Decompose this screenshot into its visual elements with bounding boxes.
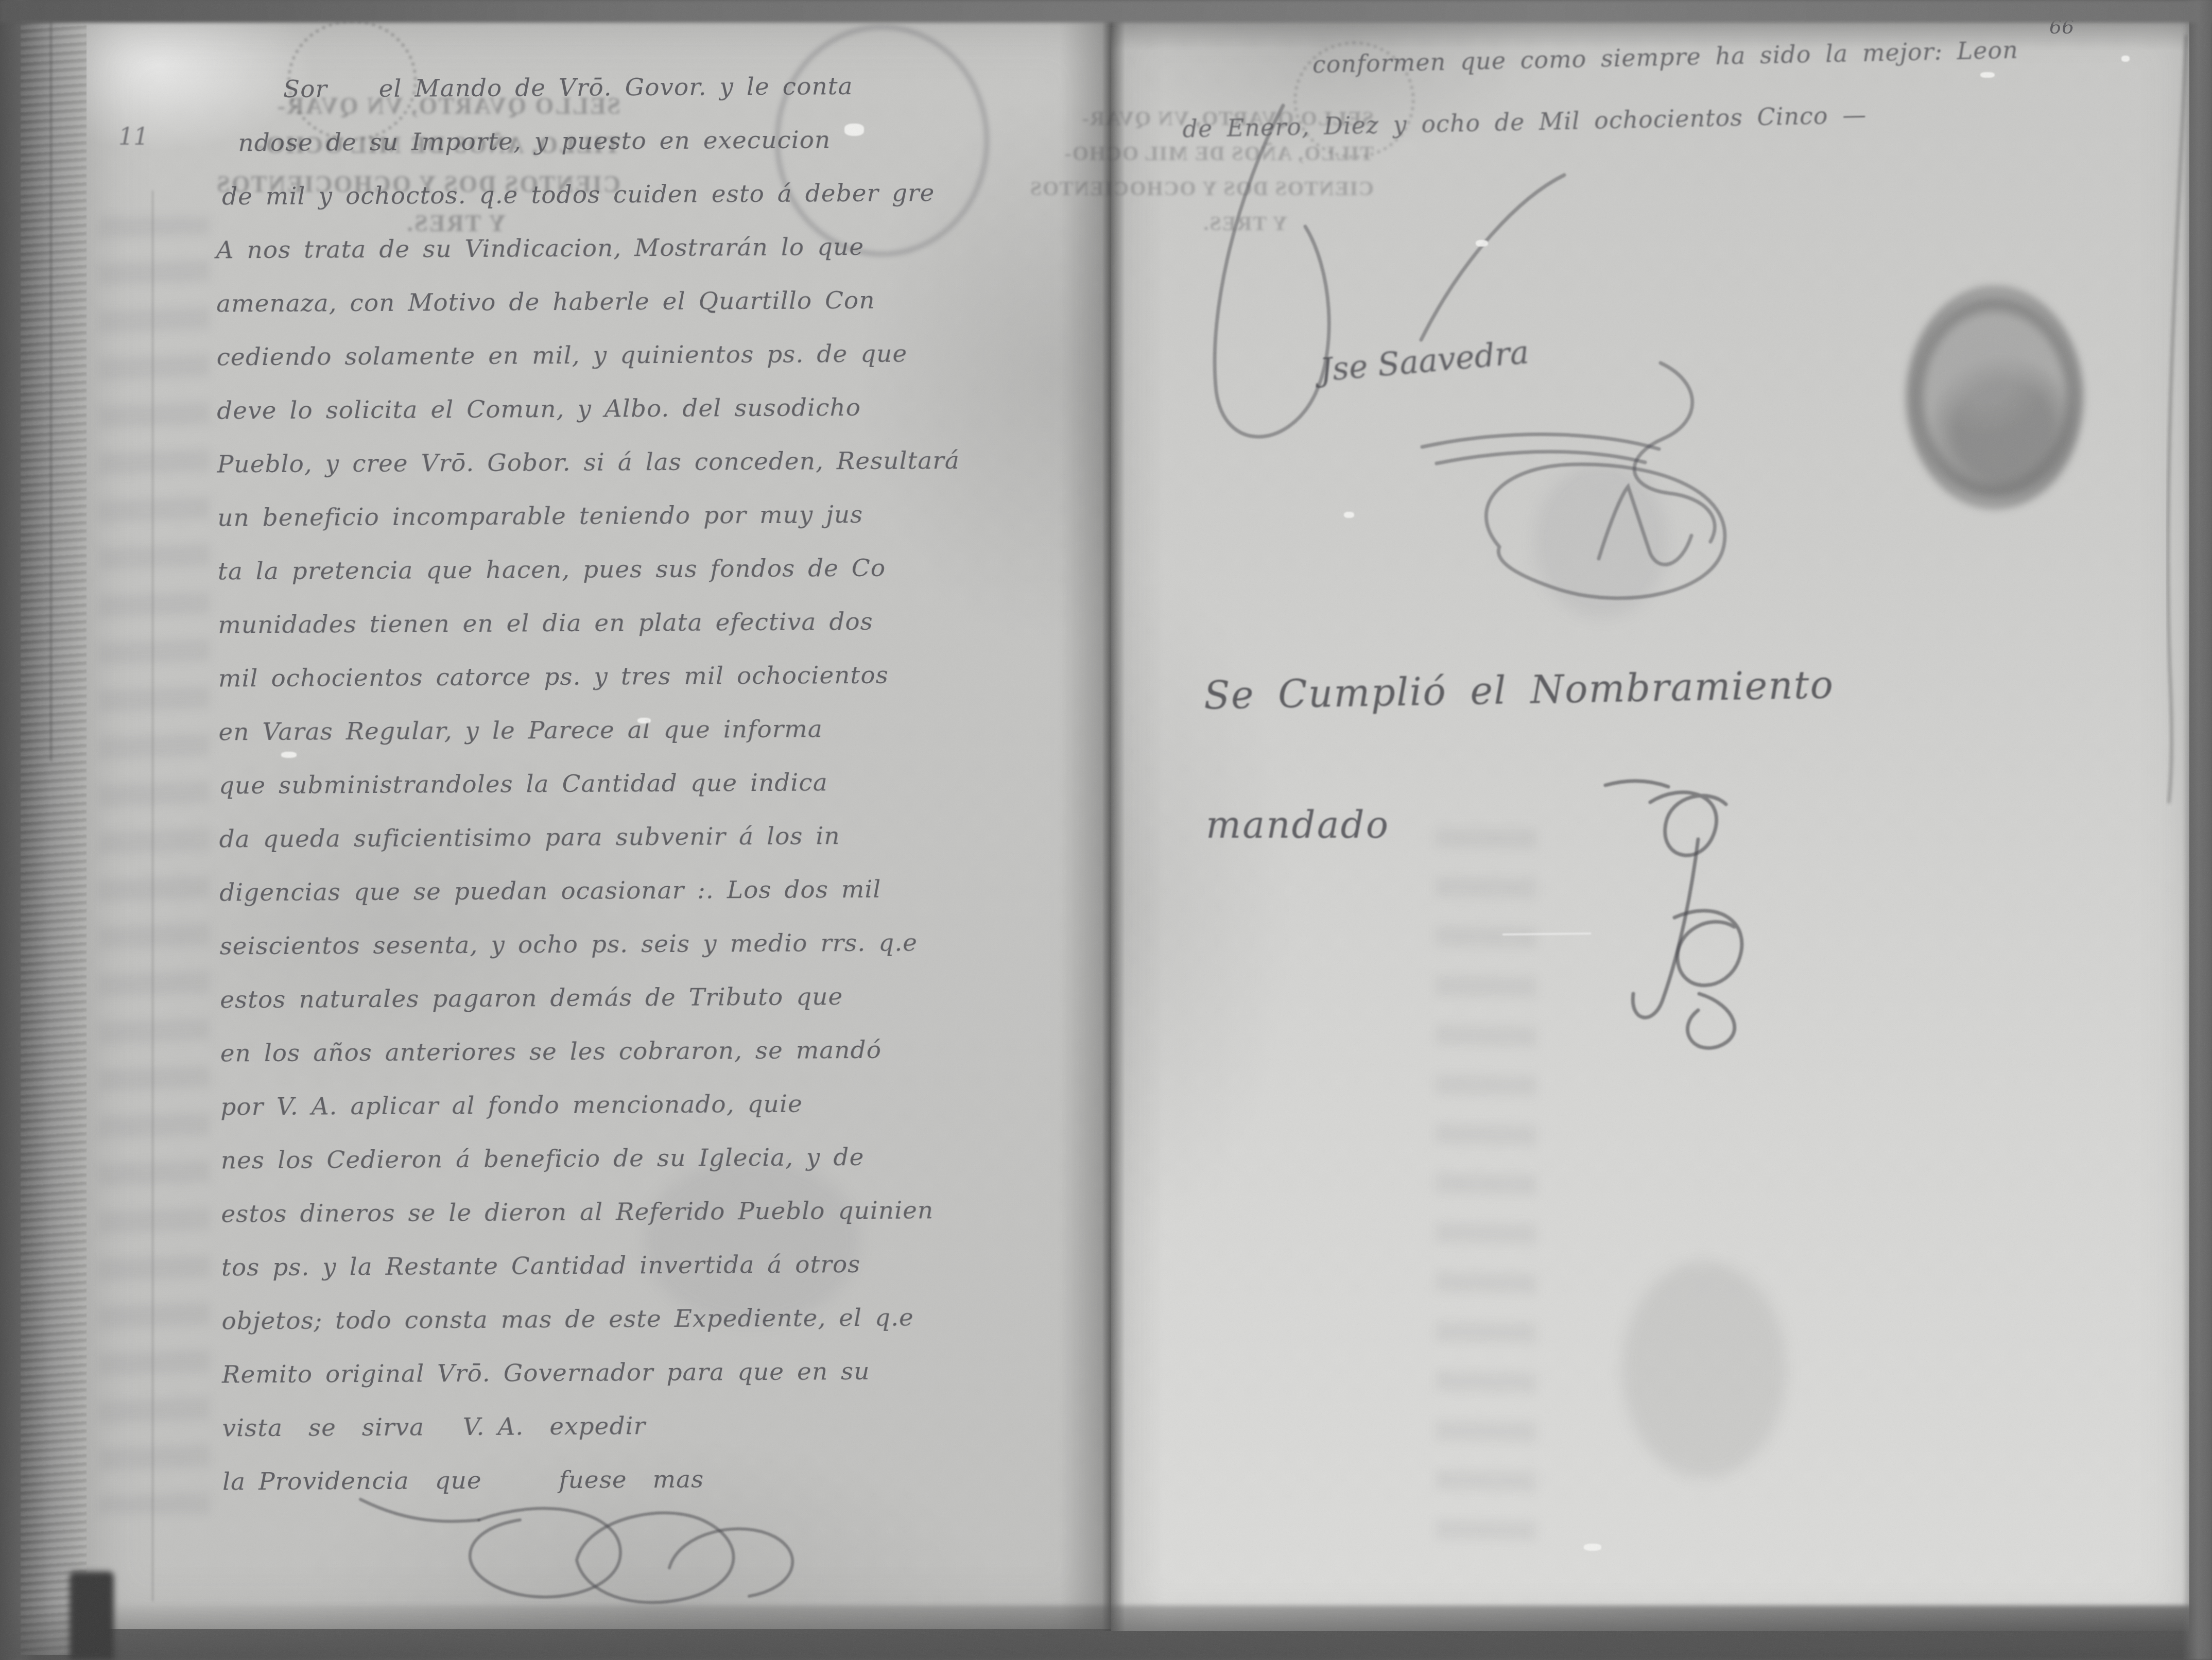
manuscript-line: A nos trata de su Vindicacion, Mostrarán… [216,219,1112,277]
manuscript-line: munidades tienen en el dia en plata efec… [218,594,1114,652]
manuscript-line: estos naturales pagaron demás de Tributo… [220,969,1116,1027]
manuscript-line: tos ps. y la Restante Cantidad invertida… [221,1236,1118,1294]
manuscript-line: seiscientos sesenta, y ocho ps. seis y m… [219,915,1116,973]
scan-bottom-shadow [0,1605,2212,1660]
manuscript-line: estos dineros se le dieron al Referido P… [221,1183,1117,1241]
page-number-left: 11 [118,123,149,150]
paper-fleck [1476,240,1488,247]
paper-tear-fleck [844,124,864,136]
manuscript-line: deve lo solicita el Comun, y Albo. del s… [217,379,1113,438]
manuscript-line: por V. A. aplicar al fondo mencionado, q… [220,1076,1117,1134]
seal-line: Y TRES. [1116,206,1374,241]
paper-smudge [1622,1261,1787,1478]
manuscript-line: la Providencia que fuese mas [222,1450,1119,1509]
manuscript-scan: SELLO QVARTO, VN QVAR- TILLO, AÑOS DE MI… [0,0,2212,1660]
manuscript-line: digencias que se puedan ocasionar :. Los… [219,861,1116,920]
paper-fleck [1344,512,1354,518]
paper-fleck [281,752,297,758]
manuscript-line: Pueblo, y cree Vrō. Gobor. si á las conc… [217,433,1113,491]
dark-oval-wax-seal-stamp [1878,256,2111,539]
paper-fleck [637,718,651,723]
bleedthrough-ghost-column [1436,829,1536,1560]
right-page-closing-lines: conformen que como siempre ha sido la me… [1181,17,2100,160]
manuscript-line: de mil y ochoctos. q.e todos cuiden esto… [216,165,1112,223]
paper-fleck [2121,56,2130,62]
paper-fleck [1980,72,1995,78]
bleedthrough-ghost-column [99,216,210,1514]
manuscript-line: un beneficio incomparable teniendo por m… [217,487,1114,545]
manuscript-line: en los años anteriores se les cobraron, … [220,1022,1116,1080]
manuscript-line: amenaza, con Motivo de haberle el Quarti… [216,272,1113,331]
paper-fleck [1584,1544,1601,1551]
scan-top-shadow [0,0,2212,23]
manuscript-line: nes los Cedieron á beneficio de su Iglec… [221,1129,1117,1187]
page-edge-line [50,14,52,761]
manuscript-line: en Varas Regular, y le Parece al que inf… [218,701,1115,759]
scan-right-shadow [2182,0,2212,1660]
manuscript-body: Sor el Mando de Vrō. Govor. y le conta n… [215,58,1119,1509]
manuscript-line: mil ochocientos catorce ps. y tres mil o… [218,647,1115,705]
manuscript-line: da queda suficientisimo para subvenir á … [219,808,1115,866]
paper-smudge [1534,463,1668,618]
manuscript-line: ndose de su Importe, y puesto en execuci… [215,112,1112,170]
manuscript-line: Sor el Mando de Vrō. Govor. y le conta [215,58,1112,116]
binding-clamp-shadow [70,1571,114,1660]
seal-line: CIENTOS DOS Y OCHOCIENTOS [1116,171,1374,206]
manuscript-line: vista se sirva V. A. expedir [222,1397,1118,1455]
compliance-note-line: mandado [1206,803,1390,846]
manuscript-line: cediendo solamente en mil, y quinientos … [216,326,1113,384]
manuscript-line: que subministrandoles la Cantidad que in… [219,754,1115,812]
manuscript-line: ta la pretencia que hacen, pues sus fond… [218,540,1114,598]
manuscript-line: objetos; todo consta mas de este Expedie… [221,1290,1118,1348]
manuscript-line: Remito original Vrō. Governador para que… [222,1343,1118,1402]
